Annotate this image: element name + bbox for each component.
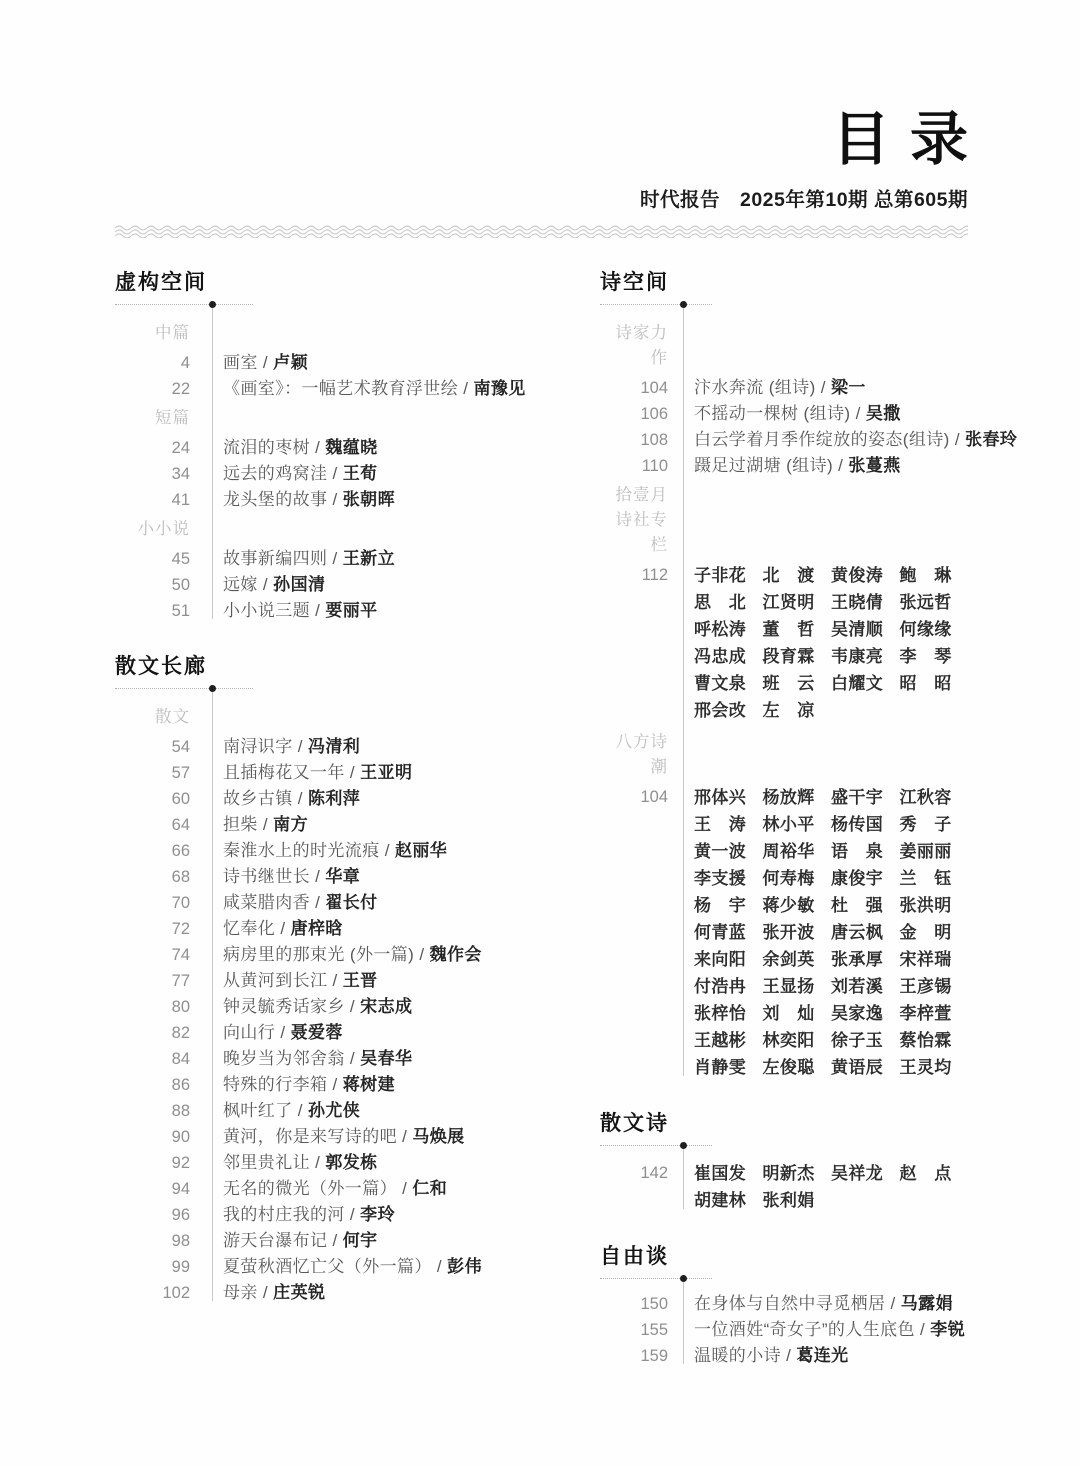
contributor-name: 左 凉 [763,697,832,724]
entry-author: 葛连光 [796,1346,848,1365]
section-title: 散文诗 [600,1111,968,1136]
entry-title: 在身体与自然中寻觅栖居 / 马露娟 [683,1291,953,1316]
entry-author: 张朝晖 [343,490,395,509]
toc-content: 虚构空间中篇4画室 / 卢颖22《画室》：一幅艺术教育浮世绘 / 南豫见短篇24… [115,270,968,1400]
section-poetry-space: 诗空间诗家力作104汴水奔流 (组诗) / 梁一106不摇动一棵树 (组诗) /… [600,270,968,1081]
toc-entry: 99夏萤秋酒忆亡父（外一篇） / 彭伟 [115,1254,540,1280]
entry-author: 宋志成 [360,997,412,1016]
contributor-name: 吴家逸 [831,1000,900,1027]
page-number: 82 [115,1021,212,1046]
contributor-name: 胡建林 [694,1187,763,1214]
contributors-grid: 崔国发明新杰吴祥龙赵 点胡建林张利娟 [694,1160,968,1214]
entry-title: 故事新编四则 / 王新立 [212,546,395,571]
contributor-name: 江秋容 [900,784,969,811]
page-number: 34 [115,462,212,487]
toc-entry: 98游天台瀑布记 / 何宇 [115,1228,540,1254]
section-body: 中篇4画室 / 卢颖22《画室》：一幅艺术教育浮世绘 / 南豫见短篇24流泪的枣… [115,305,540,624]
contributor-name: 王越彬 [694,1027,763,1054]
subsection-label: 散文 [115,705,212,730]
page-number: 57 [115,761,212,786]
contributor-name: 宋祥瑞 [900,946,969,973]
contributors-block: 104邢体兴杨放辉盛干宇江秋容王 涛林小平杨传国秀 子黄一波周裕华语 泉姜丽丽李… [600,784,968,1081]
entry-title: 《画室》：一幅艺术教育浮世绘 / 南豫见 [212,376,526,401]
entry-author: 彭伟 [447,1257,482,1276]
wavy-divider [115,224,968,238]
page-number: 24 [115,436,212,461]
entry-title: 一位酒姓“奇女子”的人生底色 / 李锐 [683,1317,965,1342]
contributors-block: 112子非花北 渡黄俊涛鲍 琳思 北江贤明王晓倩张远哲呼松涛董 哲吴清顺何缘缘冯… [600,562,968,724]
toc-entry: 102母亲 / 庄英锐 [115,1280,540,1306]
contributor-name: 王晓倩 [831,589,900,616]
toc-entry: 108白云学着月季作绽放的姿态(组诗) / 张春玲 [600,427,968,453]
entry-title: 温暖的小诗 / 葛连光 [683,1343,849,1368]
page-number: 4 [115,351,212,376]
section-body: 142崔国发明新杰吴祥龙赵 点胡建林张利娟 [600,1146,968,1214]
entry-author: 冯清利 [308,737,360,756]
entry-title: 枫叶红了 / 孙尤侠 [212,1098,360,1123]
contributor-name: 徐子玉 [831,1027,900,1054]
contributor-name: 肖静雯 [694,1054,763,1081]
entry-title: 母亲 / 庄英锐 [212,1280,325,1305]
entry-author: 赵丽华 [395,841,447,860]
contributor-name: 秀 子 [900,811,969,838]
contributor-name: 黄俊涛 [831,562,900,589]
entry-title: 担柴 / 南方 [212,812,308,837]
page-number: 74 [115,943,212,968]
contributor-name: 左俊聪 [763,1054,832,1081]
contributor-name: 兰 钰 [900,865,969,892]
entry-author: 孙尤侠 [308,1101,360,1120]
entry-title: 咸菜腊肉香 / 翟长付 [212,890,378,915]
section-body: 诗家力作104汴水奔流 (组诗) / 梁一106不摇动一棵树 (组诗) / 吴撒… [600,305,968,1081]
contributor-name: 李 琴 [900,643,969,670]
subsection-row: 拾壹月诗社专栏 [600,483,968,558]
entry-author: 聂爱蓉 [291,1023,343,1042]
section-fiction-space: 虚构空间中篇4画室 / 卢颖22《画室》：一幅艺术教育浮世绘 / 南豫见短篇24… [115,270,540,624]
toc-entry: 60故乡古镇 / 陈利萍 [115,786,540,812]
toc-entry: 22《画室》：一幅艺术教育浮世绘 / 南豫见 [115,376,540,402]
page-number: 64 [115,813,212,838]
entry-author: 马焕展 [412,1127,464,1146]
subsection-row: 短篇 [115,406,540,431]
contributor-name: 何寿梅 [763,865,832,892]
toc-entry: 24流泪的枣树 / 魏蕴晓 [115,435,540,461]
entry-title: 邻里贵礼让 / 郭发栋 [212,1150,378,1175]
entry-author: 唐梓晗 [291,919,343,938]
contributor-name: 北 渡 [763,562,832,589]
entry-author: 要丽平 [325,601,377,620]
page-number: 60 [115,787,212,812]
section-prose-poem: 散文诗142崔国发明新杰吴祥龙赵 点胡建林张利娟 [600,1111,968,1214]
contributor-name: 张开波 [763,919,832,946]
section-body: 散文54南浔识字 / 冯清利57且插梅花又一年 / 王亚明60故乡古镇 / 陈利… [115,689,540,1306]
contributor-name: 盛干宇 [831,784,900,811]
entry-author: 郭发栋 [325,1153,377,1172]
page-number: 86 [115,1073,212,1098]
entry-author: 王亚明 [360,763,412,782]
contributors-grid: 子非花北 渡黄俊涛鲍 琳思 北江贤明王晓倩张远哲呼松涛董 哲吴清顺何缘缘冯忠成段… [694,562,968,724]
contributor-name: 段育霖 [763,643,832,670]
toc-entry: 96我的村庄我的河 / 李玲 [115,1202,540,1228]
page-number: 108 [600,428,683,453]
contributor-name: 邢体兴 [694,784,763,811]
contributor-name: 韦康亮 [831,643,900,670]
contributor-name: 子非花 [694,562,763,589]
entry-author: 卢颖 [273,353,308,372]
entry-title: 我的村庄我的河 / 李玲 [212,1202,395,1227]
contributor-name: 王灵均 [900,1054,969,1081]
toc-entry: 64担柴 / 南方 [115,812,540,838]
toc-entry: 77从黄河到长江 / 王晋 [115,968,540,994]
contributor-name: 班 云 [763,670,832,697]
page-number: 159 [600,1344,683,1369]
section-title: 自由谈 [600,1244,968,1269]
entry-author: 庄英锐 [273,1283,325,1302]
contributor-name: 来向阳 [694,946,763,973]
section-body: 150在身体与自然中寻觅栖居 / 马露娟155一位酒姓“奇女子”的人生底色 / … [600,1279,968,1369]
contributor-name: 语 泉 [831,838,900,865]
contributor-name: 冯忠成 [694,643,763,670]
entry-author: 华章 [325,867,360,886]
contributor-name: 昭 昭 [900,670,969,697]
entry-title: 诗书继世长 / 华章 [212,864,360,889]
entry-author: 陈利萍 [308,789,360,808]
contributor-name: 呼松涛 [694,616,763,643]
entry-author: 仁和 [412,1179,447,1198]
toc-entry: 34远去的鸡窝洼 / 王荀 [115,461,540,487]
toc-entry: 57且插梅花又一年 / 王亚明 [115,760,540,786]
page-number: 22 [115,377,212,402]
entry-author: 吴春华 [360,1049,412,1068]
section-title: 虚构空间 [115,270,540,295]
entry-title: 忆奉化 / 唐梓晗 [212,916,343,941]
toc-entry: 70咸菜腊肉香 / 翟长付 [115,890,540,916]
section-rule [683,1282,684,1364]
entry-title: 秦淮水上的时光流痕 / 赵丽华 [212,838,447,863]
entry-title: 黄河，你是来写诗的吧 / 马焕展 [212,1124,465,1149]
entry-author: 王新立 [343,549,395,568]
page-number: 94 [115,1177,212,1202]
contributor-name: 周裕华 [763,838,832,865]
contributor-name: 王彦锡 [900,973,969,1000]
page-number: 150 [600,1292,683,1317]
contributor-name: 王 涛 [694,811,763,838]
toc-entry: 92邻里贵礼让 / 郭发栋 [115,1150,540,1176]
section-title: 诗空间 [600,270,968,295]
contributors-grid: 邢体兴杨放辉盛干宇江秋容王 涛林小平杨传国秀 子黄一波周裕华语 泉姜丽丽李支援何… [694,784,968,1081]
subsection-label: 诗家力作 [600,321,683,371]
entry-author: 王荀 [343,464,378,483]
entry-title: 无名的微光（外一篇） / 仁和 [212,1176,447,1201]
page-number: 104 [600,376,683,401]
entry-author: 南方 [273,815,308,834]
entry-title: 钟灵毓秀话家乡 / 宋志成 [212,994,412,1019]
contributor-name: 鲍 琳 [900,562,969,589]
subsection-row: 小小说 [115,517,540,542]
page-number: 45 [115,547,212,572]
contributor-name: 何缘缘 [900,616,969,643]
section-rule [683,1149,684,1209]
page-number: 51 [115,599,212,624]
contributor-name: 张承厚 [831,946,900,973]
contributor-name: 康俊宇 [831,865,900,892]
entry-title: 远嫁 / 孙国清 [212,572,325,597]
contributor-name: 刘 灿 [763,1000,832,1027]
entry-author: 魏作会 [430,945,482,964]
contributor-name: 唐云枫 [831,919,900,946]
page-number: 70 [115,891,212,916]
toc-entry: 150在身体与自然中寻觅栖居 / 马露娟 [600,1291,968,1317]
toc-entry: 41龙头堡的故事 / 张朝晖 [115,487,540,513]
entry-title: 白云学着月季作绽放的姿态(组诗) / 张春玲 [683,427,1017,452]
entry-author: 王晋 [343,971,378,990]
page-number: 112 [600,562,683,589]
entry-author: 马露娟 [901,1294,953,1313]
entry-title: 远去的鸡窝洼 / 王荀 [212,461,378,486]
subsection-label: 中篇 [115,321,212,346]
contributor-name: 崔国发 [694,1160,763,1187]
contributor-name: 张远哲 [900,589,969,616]
contributor-name: 林奕阳 [763,1027,832,1054]
page-number: 106 [600,402,683,427]
entry-author: 李玲 [360,1205,395,1224]
header: 目录 时代报告 2025年第10期 总第605期 [115,110,968,212]
contributor-name: 赵 点 [900,1160,969,1187]
subsection-label: 拾壹月诗社专栏 [600,483,683,558]
page-number: 98 [115,1229,212,1254]
page-number: 41 [115,488,212,513]
toc-page: 目录 时代报告 2025年第10期 总第605期 虚构空间中篇4画室 / 卢颖2… [0,0,1080,1466]
page-number: 77 [115,969,212,994]
contributor-name: 白耀文 [831,670,900,697]
page-number: 88 [115,1099,212,1124]
page-number: 50 [115,573,212,598]
entry-title: 流泪的枣树 / 魏蕴晓 [212,435,378,460]
entry-title: 特殊的行李箱 / 蒋树建 [212,1072,395,1097]
toc-entry: 68诗书继世长 / 华章 [115,864,540,890]
entry-title: 不摇动一棵树 (组诗) / 吴撒 [683,401,901,426]
contributor-name: 邢会改 [694,697,763,724]
contributor-name: 思 北 [694,589,763,616]
contributor-name: 黄语辰 [831,1054,900,1081]
entry-title: 晚岁当为邻舍翁 / 吴春华 [212,1046,412,1071]
entry-title: 夏萤秋酒忆亡父（外一篇） / 彭伟 [212,1254,482,1279]
entry-title: 南浔识字 / 冯清利 [212,734,360,759]
page-number: 104 [600,784,683,811]
section-title: 散文长廊 [115,654,540,679]
contributor-name: 明新杰 [763,1160,832,1187]
contributor-name: 林小平 [763,811,832,838]
page-number: 90 [115,1125,212,1150]
toc-entry: 80钟灵毓秀话家乡 / 宋志成 [115,994,540,1020]
contributor-name: 杨 宇 [694,892,763,919]
page-number: 110 [600,454,683,479]
entry-title: 游天台瀑布记 / 何宇 [212,1228,378,1253]
subsection-label: 短篇 [115,406,212,431]
page-number: 68 [115,865,212,890]
toc-entry: 84晚岁当为邻舍翁 / 吴春华 [115,1046,540,1072]
section-rule [683,308,684,1076]
contributor-name: 余剑英 [763,946,832,973]
entry-author: 蒋树建 [343,1075,395,1094]
contributor-name: 李支援 [694,865,763,892]
contributor-name: 张洪明 [900,892,969,919]
toc-entry: 106不摇动一棵树 (组诗) / 吴撒 [600,401,968,427]
toc-entry: 72忆奉化 / 唐梓晗 [115,916,540,942]
entry-author: 李锐 [930,1320,965,1339]
right-column: 诗空间诗家力作104汴水奔流 (组诗) / 梁一106不摇动一棵树 (组诗) /… [600,270,968,1400]
contributor-name: 杨传国 [831,811,900,838]
section-free-talk: 自由谈150在身体与自然中寻觅栖居 / 马露娟155一位酒姓“奇女子”的人生底色… [600,1244,968,1369]
contributor-name: 何青蓝 [694,919,763,946]
entry-author: 何宇 [343,1231,378,1250]
entry-author: 孙国清 [273,575,325,594]
toc-entry: 94无名的微光（外一篇） / 仁和 [115,1176,540,1202]
toc-entry: 51小小说三题 / 要丽平 [115,598,540,624]
contributor-name: 董 哲 [763,616,832,643]
contributor-name: 吴祥龙 [831,1160,900,1187]
entry-title: 故乡古镇 / 陈利萍 [212,786,360,811]
subsection-row: 中篇 [115,321,540,346]
subsection-label: 小小说 [115,517,212,542]
toc-entry: 90黄河，你是来写诗的吧 / 马焕展 [115,1124,540,1150]
toc-entry: 155一位酒姓“奇女子”的人生底色 / 李锐 [600,1317,968,1343]
entry-author: 张春玲 [965,430,1017,449]
section-rule [212,692,213,1301]
toc-entry: 104汴水奔流 (组诗) / 梁一 [600,375,968,401]
contributor-name: 蔡怡霖 [900,1027,969,1054]
magazine-issue-line: 时代报告 2025年第10期 总第605期 [115,184,968,212]
page-number: 142 [600,1160,683,1187]
page-number: 66 [115,839,212,864]
contributor-name: 蒋少敏 [763,892,832,919]
toc-entry: 50远嫁 / 孙国清 [115,572,540,598]
toc-entry: 82向山行 / 聂爱蓉 [115,1020,540,1046]
entry-title: 小小说三题 / 要丽平 [212,598,378,623]
page-number: 96 [115,1203,212,1228]
page-number: 54 [115,735,212,760]
contributor-name: 姜丽丽 [900,838,969,865]
contributor-name: 杜 强 [831,892,900,919]
contributor-name: 曹文泉 [694,670,763,697]
section-prose-gallery: 散文长廊散文54南浔识字 / 冯清利57且插梅花又一年 / 王亚明60故乡古镇 … [115,654,540,1306]
subsection-row: 散文 [115,705,540,730]
entry-title: 病房里的那束光 (外一篇) / 魏作会 [212,942,482,967]
contributor-name: 王显扬 [763,973,832,1000]
toc-entry: 159温暖的小诗 / 葛连光 [600,1343,968,1369]
contributor-name: 刘若溪 [831,973,900,1000]
contributor-name: 付浩冉 [694,973,763,1000]
page-number: 92 [115,1151,212,1176]
toc-entry: 45故事新编四则 / 王新立 [115,546,540,572]
toc-entry: 88枫叶红了 / 孙尤侠 [115,1098,540,1124]
entry-title: 龙头堡的故事 / 张朝晖 [212,487,395,512]
entry-title: 且插梅花又一年 / 王亚明 [212,760,412,785]
entry-author: 翟长付 [325,893,377,912]
contributor-name: 张梓怡 [694,1000,763,1027]
contributor-name: 吴清顺 [831,616,900,643]
contributor-name: 李梓萱 [900,1000,969,1027]
toc-entry: 4画室 / 卢颖 [115,350,540,376]
toc-entry: 54南浔识字 / 冯清利 [115,734,540,760]
toc-entry: 74病房里的那束光 (外一篇) / 魏作会 [115,942,540,968]
entry-author: 南豫见 [473,379,525,398]
toc-entry: 86特殊的行李箱 / 蒋树建 [115,1072,540,1098]
contributor-name: 杨放辉 [763,784,832,811]
page-number: 155 [600,1318,683,1343]
entry-title: 画室 / 卢颖 [212,350,308,375]
contributor-name: 黄一波 [694,838,763,865]
subsection-label: 八方诗潮 [600,730,683,780]
page-title: 目录 [115,110,988,171]
entry-title: 从黄河到长江 / 王晋 [212,968,378,993]
toc-entry: 110蹑足过湖塘 (组诗) / 张蔓燕 [600,453,968,479]
entry-title: 汴水奔流 (组诗) / 梁一 [683,375,866,400]
page-number: 72 [115,917,212,942]
entry-author: 吴撒 [866,404,901,423]
page-number: 102 [115,1281,212,1306]
entry-author: 张蔓燕 [848,456,900,475]
section-rule [212,308,213,619]
entry-author: 梁一 [831,378,866,397]
contributors-block: 142崔国发明新杰吴祥龙赵 点胡建林张利娟 [600,1160,968,1214]
contributor-name: 金 明 [900,919,969,946]
entry-author: 魏蕴晓 [325,438,377,457]
page-number: 84 [115,1047,212,1072]
subsection-row: 诗家力作 [600,321,968,371]
subsection-row: 八方诗潮 [600,730,968,780]
entry-title: 蹑足过湖塘 (组诗) / 张蔓燕 [683,453,901,478]
entry-title: 向山行 / 聂爱蓉 [212,1020,343,1045]
contributor-name: 张利娟 [763,1187,832,1214]
page-number: 99 [115,1255,212,1280]
left-column: 虚构空间中篇4画室 / 卢颖22《画室》：一幅艺术教育浮世绘 / 南豫见短篇24… [115,270,540,1336]
toc-entry: 66秦淮水上的时光流痕 / 赵丽华 [115,838,540,864]
contributor-name: 江贤明 [763,589,832,616]
page-number: 80 [115,995,212,1020]
